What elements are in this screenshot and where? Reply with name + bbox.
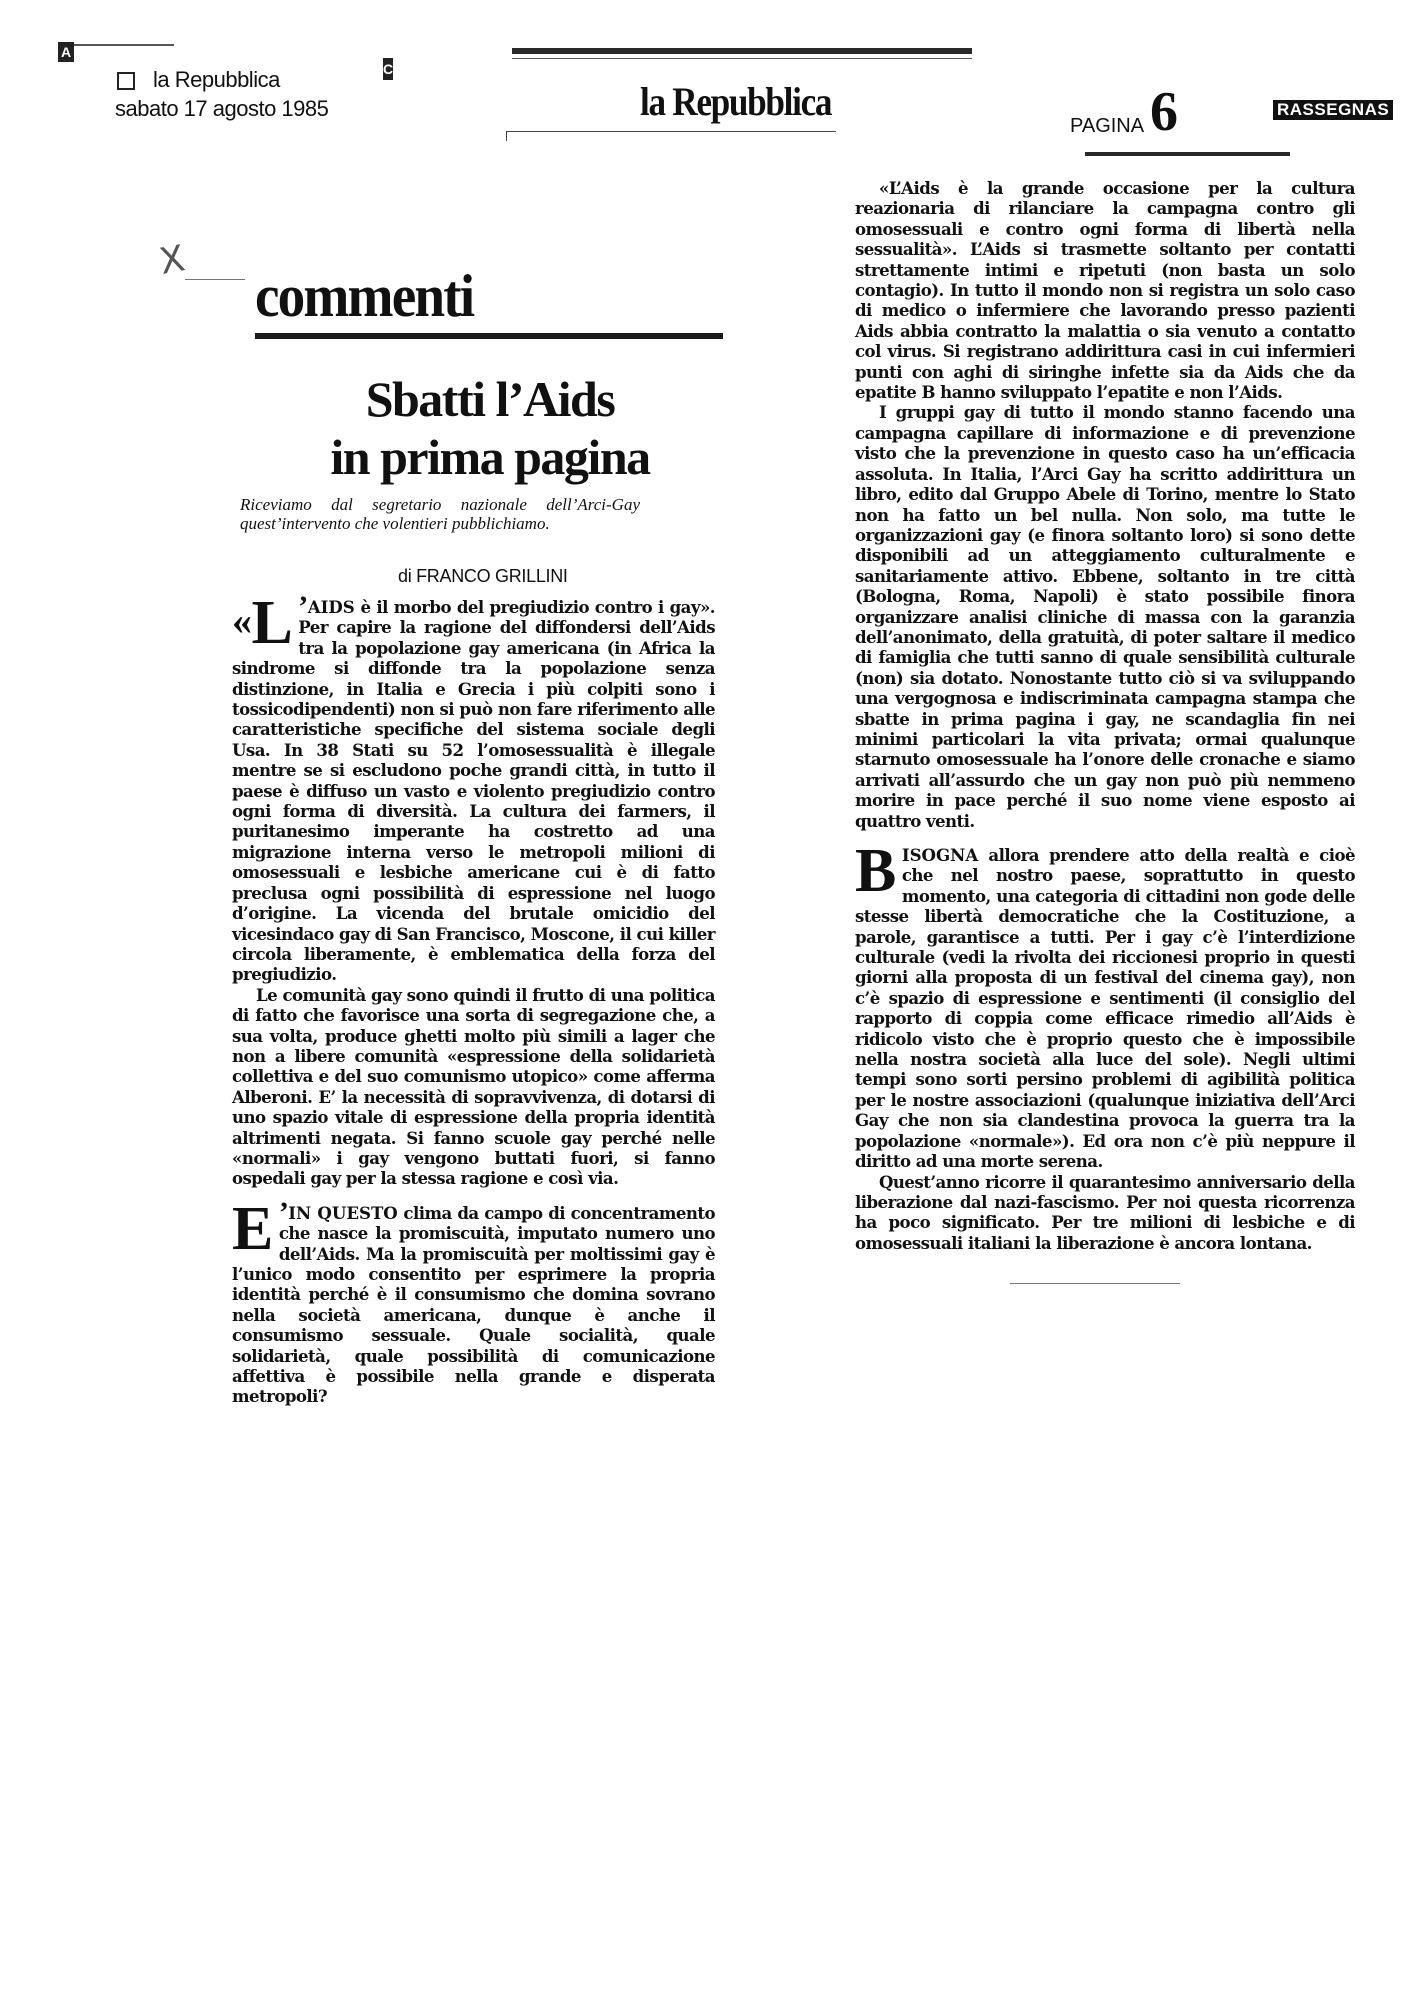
paragraph: Quest’anno ricorre il quarantesimo anniv… — [855, 1172, 1355, 1254]
lead-in: ISOGNA — [902, 845, 978, 865]
headline-line-2: in prima pagina — [260, 428, 720, 486]
paragraph: «L’Aids è la grande occasione per la cul… — [855, 178, 1355, 402]
byline: di FRANCO GRILLINI — [398, 566, 568, 587]
paragraph: BISOGNA allora prendere atto della realt… — [855, 845, 1355, 1172]
source-checkbox-icon — [117, 72, 135, 90]
paragraph: I gruppi gay di tutto il mondo stanno fa… — [855, 402, 1355, 831]
handwritten-x-mark-icon: X — [157, 238, 188, 283]
paragraph: E’IN QUESTO clima da campo di concentram… — [232, 1203, 715, 1407]
handwritten-mark-line — [185, 279, 245, 280]
paragraph-text: è il morbo del pregiudizio contro i gay»… — [232, 597, 715, 984]
open-quote: « — [232, 601, 251, 641]
article-end-rule — [1010, 1283, 1180, 1284]
page-number: 6 — [1150, 80, 1178, 144]
masthead-top-rule — [512, 48, 972, 54]
section-title: commenti — [255, 262, 473, 331]
article-column-right: «L’Aids è la grande occasione per la cul… — [855, 178, 1355, 1253]
drop-cap: L — [251, 599, 292, 647]
lead-in: IN QUESTO — [288, 1203, 398, 1223]
masthead: la Repubblica — [640, 78, 831, 125]
source-date: sabato 17 agosto 1985 — [115, 96, 328, 122]
masthead-bottom-rule — [506, 131, 836, 132]
drop-cap: E — [232, 1205, 273, 1253]
page-label: PAGINA — [1070, 115, 1144, 138]
paragraph: Le comunità gay sono quindi il frutto di… — [232, 985, 715, 1189]
rassegna-stamp: RASSEGNAS — [1273, 100, 1393, 120]
masthead-top-rule-thin — [512, 58, 972, 59]
source-name: la Repubblica — [153, 67, 280, 93]
paragraph: «L’AIDS è il morbo del pregiudizio contr… — [232, 597, 715, 985]
article-intro: Riceviamo dal segretario nazionale dell’… — [240, 495, 640, 533]
archive-stamp-c: C — [383, 58, 393, 80]
archive-stamp-a: A — [58, 42, 74, 62]
headline: Sbatti l’Aids in prima pagina — [260, 370, 720, 486]
lead-in: AIDS — [308, 597, 355, 617]
drop-cap: B — [855, 847, 896, 895]
article-column-left: «L’AIDS è il morbo del pregiudizio contr… — [232, 597, 715, 1407]
page-number-rule — [1085, 152, 1290, 156]
paragraph-text: allora prendere atto della realtà e cioè… — [855, 845, 1355, 1171]
headline-line-1: Sbatti l’Aids — [260, 370, 720, 428]
paragraph-text: clima da campo di concentramento che nas… — [232, 1203, 715, 1407]
section-rule — [255, 333, 723, 339]
stamp-rule — [74, 44, 174, 46]
masthead-rule-tick — [506, 131, 507, 141]
